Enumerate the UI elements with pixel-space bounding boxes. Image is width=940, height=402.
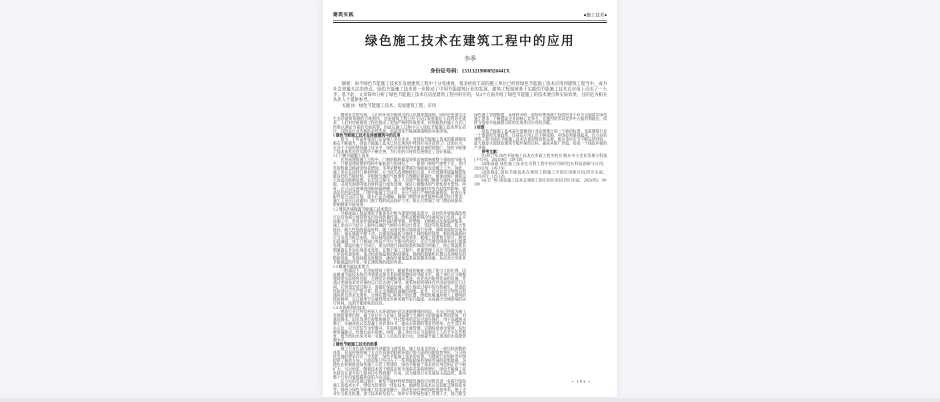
paragraph: 建筑行业已经发展到人们环境保护意识逐渐增强的阶段，节水已经成为施工管理的重要内容… bbox=[333, 310, 466, 343]
running-head: 建筑实践 ●施工技术● bbox=[333, 12, 607, 18]
paragraph: 随着社会的发展，人们对环保节能观念的认识越来越深刻，同时也更加关注生态环境和资源… bbox=[333, 113, 466, 134]
paper-title: 绿色施工技术在建筑工程中的应用 bbox=[333, 31, 607, 49]
paragraph: 在房屋建筑施工过程中，门窗的隔热保温效果直接影响着整个建筑的节能水平，门窗是建筑… bbox=[333, 158, 466, 207]
abstract-text: 摘要：如今绿色节能施工技术在发展建筑工程中十分受重视，很多经验丰富的施工单位已经… bbox=[333, 81, 607, 103]
paragraph: 一般情况下，在房屋建筑工程中，暖通系统的能耗占据了相当大的比例，因此暖通节能技术… bbox=[333, 269, 466, 306]
paragraph: 施工行业在国内随着经济繁荣飞速发展，施工技术也形成了一套比较成熟的体系，但是传统… bbox=[333, 347, 466, 380]
paragraph: 如今，不管是环保部门还是施工单位本身，对绿色节能施工技术的重视程度都在不断提升，… bbox=[333, 138, 466, 154]
paragraph: 外墙保温工程是建筑节能体系中极为重要的组成部分，良好的外墙保温结构可以有效减少建… bbox=[333, 211, 466, 264]
author-id-number: 身份证号码：13113219800926441X bbox=[333, 67, 607, 75]
paper-page-content: 建筑实践 ●施工技术● 绿色施工技术在建筑工程中的应用 李季 身份证号码：131… bbox=[323, 0, 617, 397]
article-body-columns: 随着社会的发展，人们对环保节能观念的认识越来越深刻，同时也更加关注生态环境和资源… bbox=[333, 113, 607, 397]
header-rule bbox=[333, 20, 607, 23]
abstract-block: 摘要：如今绿色节能施工技术在发展建筑工程中十分受重视，很多经验丰富的施工单位已经… bbox=[333, 81, 607, 108]
masthead-column-name: ●施工技术● bbox=[584, 12, 607, 18]
keywords-text: 关键词：绿色节能施工技术；房屋建筑工程；应用 bbox=[333, 103, 607, 108]
viewer-background: 建筑实践 ●施工技术● 绿色施工技术在建筑工程中的应用 李季 身份证号码：131… bbox=[0, 0, 940, 402]
reference-item: [4]王广彬.绿色施工技术在建筑工程中的应用[J].四川水泥，2021(05)：… bbox=[474, 179, 607, 187]
masthead-journal-name: 建筑实践 bbox=[333, 12, 354, 18]
bottom-edge-strip bbox=[0, 398, 940, 402]
paper-page: 建筑实践 ●施工技术● 绿色施工技术在建筑工程中的应用 李季 身份证号码：131… bbox=[323, 0, 617, 397]
paragraph: 绿色节能施工技术是中国建筑行业必须推行的一个新的标准，也是建筑行业一个重要的发展… bbox=[474, 129, 607, 150]
page-number: • 193 • bbox=[572, 379, 591, 384]
author-name: 李季 bbox=[333, 55, 607, 64]
